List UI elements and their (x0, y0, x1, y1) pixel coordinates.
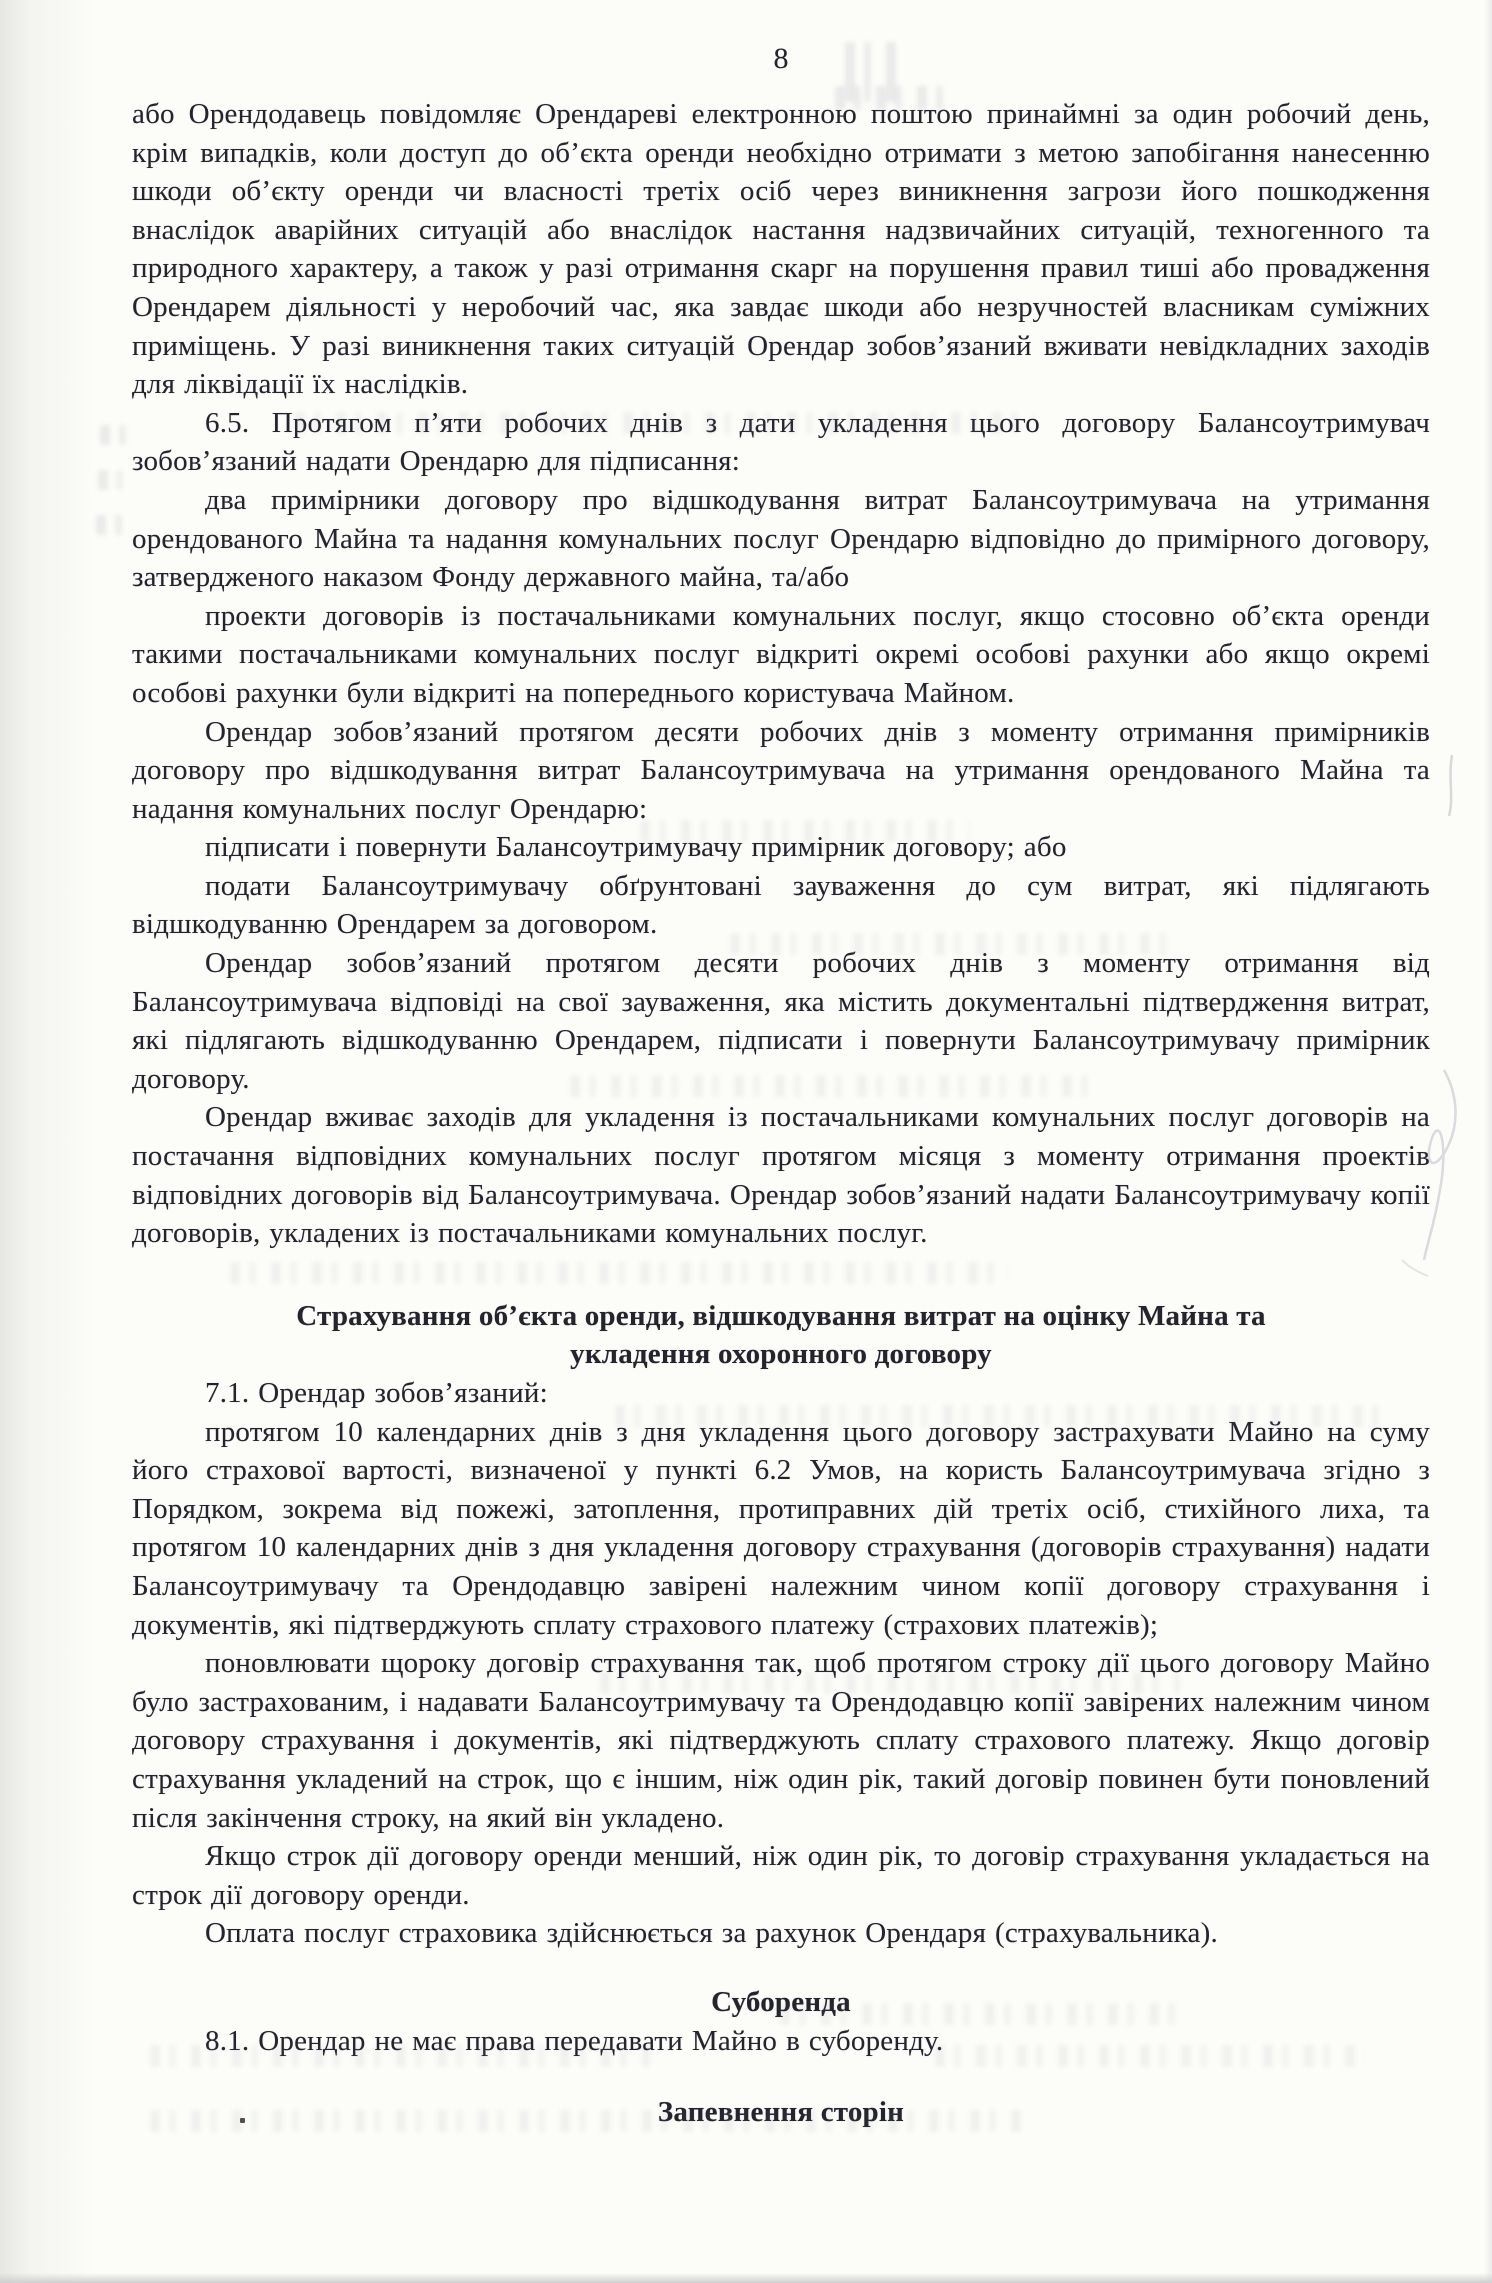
paragraph-6-5: 6.5. Протягом п’яти робочих днів з дати … (132, 404, 1430, 481)
page-number: 8 (132, 40, 1430, 78)
paragraph-ten-days: Орендар зобов’язаний протягом десяти роб… (132, 713, 1430, 829)
paragraph-objections: подати Балансоутримувачу обґрунтовані за… (132, 867, 1430, 944)
ink-speck-artifact (240, 2118, 245, 2123)
scan-edge-shadow-right (1484, 0, 1492, 2283)
section-heading-insurance: Страхування об’єкта оренди, відшкодуванн… (266, 1297, 1296, 1374)
paragraph-insure-10-days: протягом 10 календарних днів з дня уклад… (132, 1413, 1430, 1645)
scan-edge-shadow-left (0, 0, 95, 2283)
bleed-through-artifact (98, 470, 122, 490)
paragraph-utility-contracts: Орендар вживає заходів для укладення із … (132, 1098, 1430, 1252)
document-body: 8 або Орендодавець повідомляє Орендареві… (132, 40, 1430, 2132)
bleed-through-artifact (96, 515, 136, 535)
paragraph-copies: два примірники договору про відшкодуванн… (132, 481, 1430, 597)
paragraph-insurer-payment: Оплата послуг страховика здійснюється за… (132, 1914, 1430, 1953)
paragraph-7-1: 7.1. Орендар зобов’язаний: (132, 1374, 1430, 1413)
paragraph-response: Орендар зобов’язаний протягом десяти роб… (132, 944, 1430, 1098)
paragraph-renew-insurance: поновлювати щороку договір страхування т… (132, 1644, 1430, 1837)
scanned-document-page: 8 або Орендодавець повідомляє Орендареві… (0, 0, 1492, 2283)
section-heading-sublease: Суборенда (132, 1983, 1430, 2022)
paragraph-continuation: або Орендодавець повідомляє Орендареві е… (132, 95, 1430, 404)
paragraph-sign-return: підписати і повернути Балансоутримувачу … (132, 828, 1430, 867)
scan-edge-shadow-bottom (0, 2273, 1492, 2283)
paragraph-drafts: проекти договорів із постачальниками ком… (132, 597, 1430, 713)
section-heading-assurance: Запевнення сторін (132, 2093, 1430, 2132)
bleed-through-artifact (100, 425, 126, 445)
paragraph-short-term: Якщо строк дії договору оренди менший, н… (132, 1837, 1430, 1914)
paragraph-8-1: 8.1. Орендар не має права передавати Май… (132, 2022, 1430, 2061)
